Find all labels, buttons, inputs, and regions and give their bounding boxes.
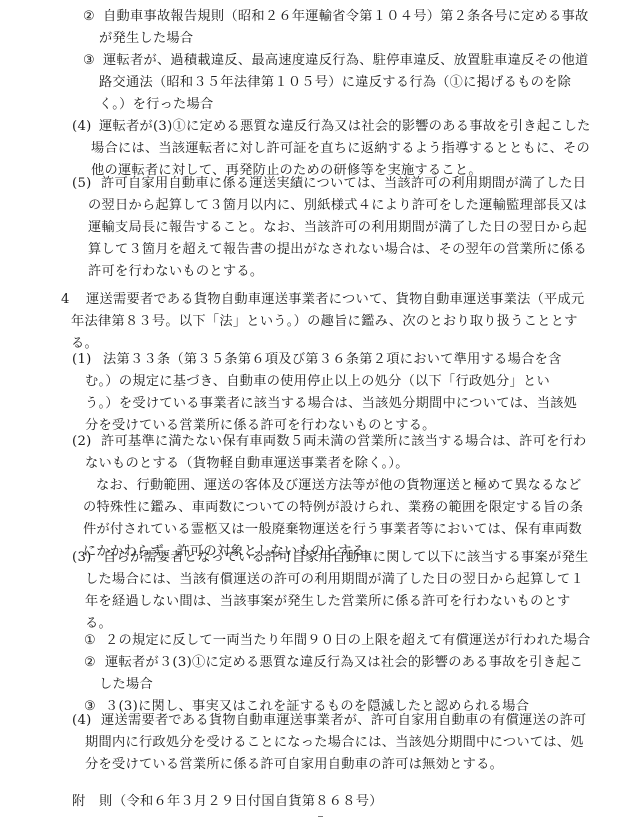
text-line: した場合には、当該有償運送の許可の利用期間が満了した日の翌日から起算して１ <box>85 572 584 588</box>
supplementary-label: 附 則 <box>72 794 112 810</box>
text-line: が発生した場合 <box>99 31 193 47</box>
text-line: る。 <box>85 616 112 632</box>
text-line: 運転者が、過積載違反、最高速度違反行為、駐停車違反、放置駐車違反その他道 <box>103 53 589 69</box>
page-number-fragment <box>318 816 323 817</box>
text-line: 運輸支局長に報告すること。なお、当該許可の利用期間が満了した日の翌日から起 <box>88 220 587 236</box>
text-line: なお、行動範囲、運送の客体及び運送方法等が他の貨物運送と極めて異なるなど <box>96 478 582 494</box>
text-line: ２の規定に反して一両当たり年間９０日の上限を超えて有償運送が行われた場合 <box>105 633 591 649</box>
section-number: 4 <box>61 292 70 308</box>
clause-marker: (1) <box>72 352 92 368</box>
clause-marker: (3) <box>72 550 92 566</box>
text-line: の特殊性に鑑み、車両数についての特例が設けられ、業務の範囲を限定する旨の条 <box>83 500 583 516</box>
text-line: 運転者が(3)①に定める悪質な違反行為又は社会的影響のある事故を引き起こした <box>99 119 591 135</box>
item-marker: ② <box>84 655 96 671</box>
text-line: 運送需要者である貨物自動車運送事業者について、貨物自動車運送事業法（平成元 <box>86 292 585 308</box>
text-line: 運送需要者である貨物自動車運送事業者が、許可自家用自動車の有償運送の許可 <box>101 713 587 729</box>
text-line: ないものとする（貨物軽自動車運送事業者を除く。）。 <box>85 456 409 472</box>
text-line: る。 <box>71 336 98 352</box>
text-line: う。）を受けている事業者に該当する場合は、当該処分期間中については、当該処 <box>85 396 577 412</box>
text-line: 法第３３条（第３５条第６項及び第３６条第２項において準用する場合を含 <box>103 352 562 368</box>
item-marker: ② <box>83 9 95 25</box>
text-line: 許可自家用自動車に係る運送実績については、当該許可の利用期間が満了した日 <box>101 176 586 192</box>
text-line: 期間内に行政処分を受けることになった場合には、当該処分期間中については、処 <box>85 735 584 751</box>
document-page: ② 自動車事故報告規則（昭和２６年運輸省令第１０４号）第２条各号に定める事故 が… <box>0 0 633 820</box>
text-line: 場合には、当該運転者に対し許可証を直ちに返納するよう指導するとともに、その <box>91 141 590 157</box>
clause-marker: (4) <box>72 713 92 729</box>
supplementary-text: （令和６年３月２９日付国自貨第８６８号） <box>113 794 383 810</box>
text-line: 分を受けている営業所に係る許可を行わないものとする。 <box>85 418 436 434</box>
text-line: 年を経過しない間は、当該事案が発生した営業所に係る許可を行わないものとす <box>85 594 571 610</box>
text-line: 算して３箇月を超えて報告書の提出がなされない場合は、その翌年の営業所に係る <box>88 242 587 258</box>
text-line: の翌日から起算して３箇月以内に、別紙様式４により許可をした運輸監理部長又は <box>88 198 587 214</box>
text-line: 分を受けている営業所に係る許可自家用自動車の許可は無効とする。 <box>85 757 503 773</box>
text-line: 自動車事故報告規則（昭和２６年運輸省令第１０４号）第２条各号に定める事故 <box>103 9 589 25</box>
text-line: 自らが需要者となっている許可自家用自動車に関して以下に該当する事案が発生 <box>103 550 589 566</box>
text-line: 年法律第８３号。以下「法」という。）の趣旨に鑑み、次のとおり取り扱うこととす <box>71 314 578 330</box>
clause-marker: (2) <box>72 434 92 450</box>
text-line: く。）を行った場合 <box>99 97 214 113</box>
clause-marker: (4) <box>72 119 92 135</box>
text-line: した場合 <box>99 677 153 693</box>
text-line: 許可基準に満たない保有車両数５両未満の営業所に該当する場合は、許可を行わ <box>101 434 587 450</box>
text-line: 運転者が３(3)①に定める悪質な違反行為又は社会的影響のある事故を引き起こ <box>105 655 583 671</box>
text-line: 路交通法（昭和３５年法律第１０５号）に違反する行為（①に掲げるものを除 <box>99 75 571 91</box>
item-marker: ① <box>84 633 96 649</box>
item-marker: ③ <box>83 53 95 69</box>
clause-marker: (5) <box>72 176 92 192</box>
text-line: 許可を行わないものとする。 <box>88 264 263 280</box>
text-line: む。）の規定に基づき、自動車の使用停止以上の処分（以下「行政処分」とい <box>85 374 550 390</box>
text-line: 件が付されている霊柩又は一般廃棄物運送を行う事業者等においては、保有車両数 <box>83 522 582 538</box>
